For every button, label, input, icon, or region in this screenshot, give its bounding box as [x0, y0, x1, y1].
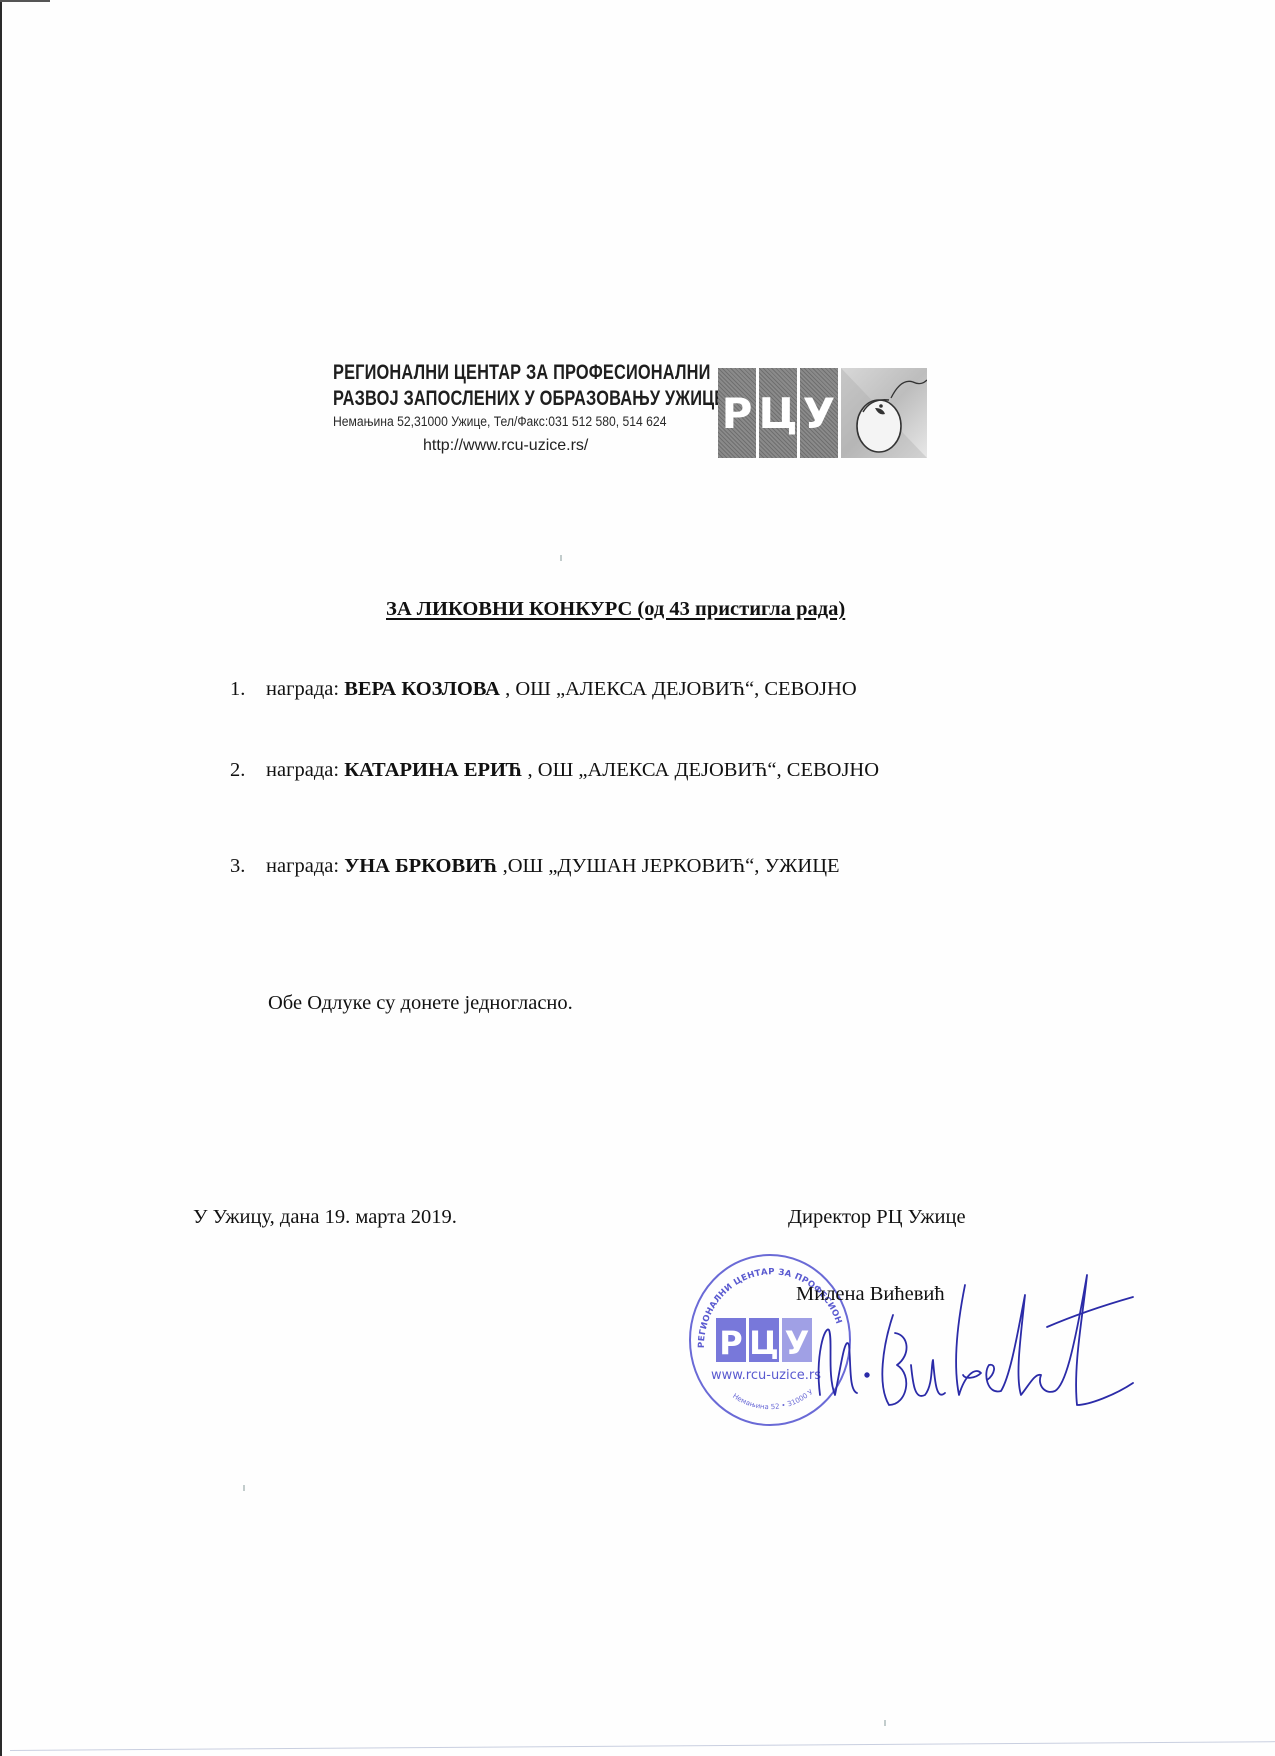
award-item: 2. награда: КАТАРИНА ЕРИЋ , ОШ „АЛЕКСА Д… [230, 759, 879, 782]
award-number: 1. [230, 678, 266, 701]
rcu-logo: Р Ц У [718, 368, 927, 458]
award-label: награда: [266, 855, 339, 878]
award-number: 2. [230, 759, 266, 782]
award-school: , ОШ „АЛЕКСА ДЕЈОВИЋ“, СЕВОЈНО [500, 678, 857, 701]
svg-text:www.rcu-uzice.rs: www.rcu-uzice.rs [711, 1368, 821, 1383]
award-school: , ОШ „АЛЕКСА ДЕЈОВИЋ“, СЕВОЈНО [522, 759, 879, 782]
svg-text:Р: Р [719, 1324, 742, 1362]
org-address: Немањина 52,31000 Ужице, Тел/Факс:031 51… [333, 413, 671, 431]
svg-text:Ц: Ц [749, 1324, 779, 1362]
svg-text:У: У [785, 1324, 810, 1362]
award-winner-name: ВЕРА КОЗЛОВА [344, 678, 500, 701]
handwritten-signature [815, 1255, 1135, 1415]
document-title: ЗА ЛИКОВНИ КОНКУРС (од 43 пристигла рада… [386, 598, 845, 621]
logo-letter: У [800, 368, 838, 458]
scan-artifact [560, 555, 562, 561]
logo-letter: Р [718, 368, 756, 458]
scan-border [0, 0, 50, 2]
logo-letter: Ц [759, 368, 797, 458]
award-school: ,ОШ „ДУШАН ЈЕРКОВИЋ“, УЖИЦЕ [498, 855, 840, 878]
scan-artifact [243, 1485, 245, 1491]
letterhead: РЕГИОНАЛНИ ЦЕНТАР ЗА ПРОФЕСИОНАЛНИ РАЗВО… [333, 360, 708, 455]
org-name-line2: РАЗВОЈ ЗАПОСЛЕНИХ У ОБРАЗОВАЊУ УЖИЦЕ [333, 386, 626, 412]
award-item: 3. награда: УНА БРКОВИЋ ,ОШ „ДУШАН ЈЕРКО… [230, 855, 840, 878]
director-title: Директор РЦ Ужице [788, 1206, 966, 1229]
award-label: награда: [266, 759, 339, 782]
scan-border [10, 1741, 1275, 1751]
decision-note: Обе Одлуке су донете једногласно. [268, 992, 573, 1015]
award-label: награда: [266, 678, 339, 701]
place-and-date: У Ужицу, дана 19. марта 2019. [193, 1206, 457, 1229]
award-item: 1. награда: ВЕРА КОЗЛОВА , ОШ „АЛЕКСА ДЕ… [230, 678, 857, 701]
award-number: 3. [230, 855, 266, 878]
scan-artifact [884, 1720, 886, 1726]
document-page: РЕГИОНАЛНИ ЦЕНТАР ЗА ПРОФЕСИОНАЛНИ РАЗВО… [0, 0, 1275, 1756]
award-winner-name: УНА БРКОВИЋ [344, 855, 497, 878]
computer-mouse-icon [841, 368, 927, 458]
award-winner-name: КАТАРИНА ЕРИЋ [344, 759, 522, 782]
org-website: http://www.rcu-uzice.rs/ [423, 437, 708, 455]
org-name-line1: РЕГИОНАЛНИ ЦЕНТАР ЗА ПРОФЕСИОНАЛНИ [333, 360, 626, 386]
scan-border [0, 0, 2, 1756]
